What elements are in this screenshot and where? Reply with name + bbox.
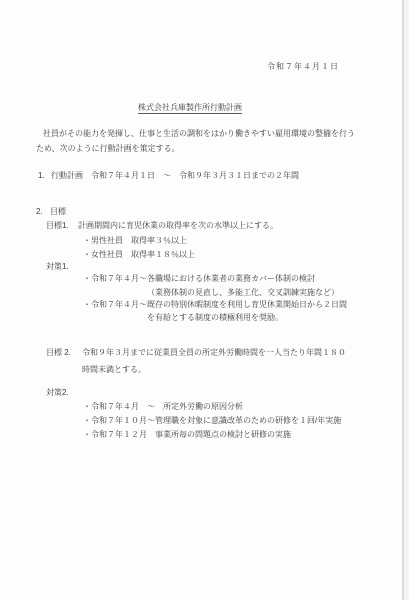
scanned-document-page: 令和７年４月１日 株式会社兵庫製作所行動計画 社員がその能力を発揮し、仕事と生活… (0, 0, 409, 600)
measure2-bullet3: ・令和７年１２月 事業所毎の問題点の検討と研修の実施 (83, 429, 291, 440)
intro-line-2: ため、次のように行動計画を策定する。 (36, 143, 180, 154)
goal1-item-male: ・男性社員 取得率３％以上 (83, 235, 187, 246)
page-title: 株式会社兵庫製作所行動計画 (138, 103, 242, 114)
title-row: 株式会社兵庫製作所行動計画 (138, 102, 242, 113)
measure1-bullet1-text: 各職場における休業者の業務カバー体制の検討 (147, 273, 315, 284)
goal1-label: 目標1. (46, 220, 69, 231)
scan-edge-margin (404, 0, 409, 600)
section2-number: 2. (36, 206, 43, 217)
section2-heading: 目標 (50, 206, 66, 217)
intro-line-1: 社員がその能力を発揮し、仕事と生活の調和をはかり働きやすい雇用環境の整備を行う (43, 128, 355, 139)
measure2-label: 対策2. (46, 387, 69, 398)
measure1-bullet2-text2: を有給とする制度の積極利用を奨励。 (147, 312, 283, 323)
goal2-text2: 時間未満とする。 (82, 364, 146, 375)
section1-text: 行動計画 令和７年４月１日 ～ 令和９年３月３１日までの２年間 (51, 170, 299, 181)
measure2-bullet1: ・令和７年４月 ～ 所定外労働の原因分析 (83, 401, 243, 412)
goal1-item-female: ・女性社員 取得率１８％以上 (83, 249, 195, 260)
measure1-bullet2-date: ・令和７年４月～ (83, 299, 147, 310)
measure2-bullet2: ・令和７年１０月～管理職を対象に意識改革のための研修を１回/年実施 (83, 415, 341, 426)
goal1-text: 計画期間内に育児休業の取得率を次の水準以上にする。 (78, 220, 278, 231)
measure1-label: 対策1. (46, 261, 69, 272)
section1-number: 1. (38, 170, 45, 181)
measure1-bullet1-text2: （業務体制の見直し、多能工化、交叉訓練実施など） (147, 287, 339, 298)
document-date: 令和７年４月１日 (267, 61, 339, 72)
measure1-bullet1-date: ・令和７年４月～ (83, 273, 147, 284)
measure1-bullet2-text: 既存の特別休暇制度を利用し育児休業開始日から２日間 (147, 299, 347, 310)
goal2-label: 目標 2. (46, 347, 71, 358)
goal2-text: 令和９年３月までに従業員全員の所定外労働時間を一人当たり年間１８０ (82, 347, 346, 358)
